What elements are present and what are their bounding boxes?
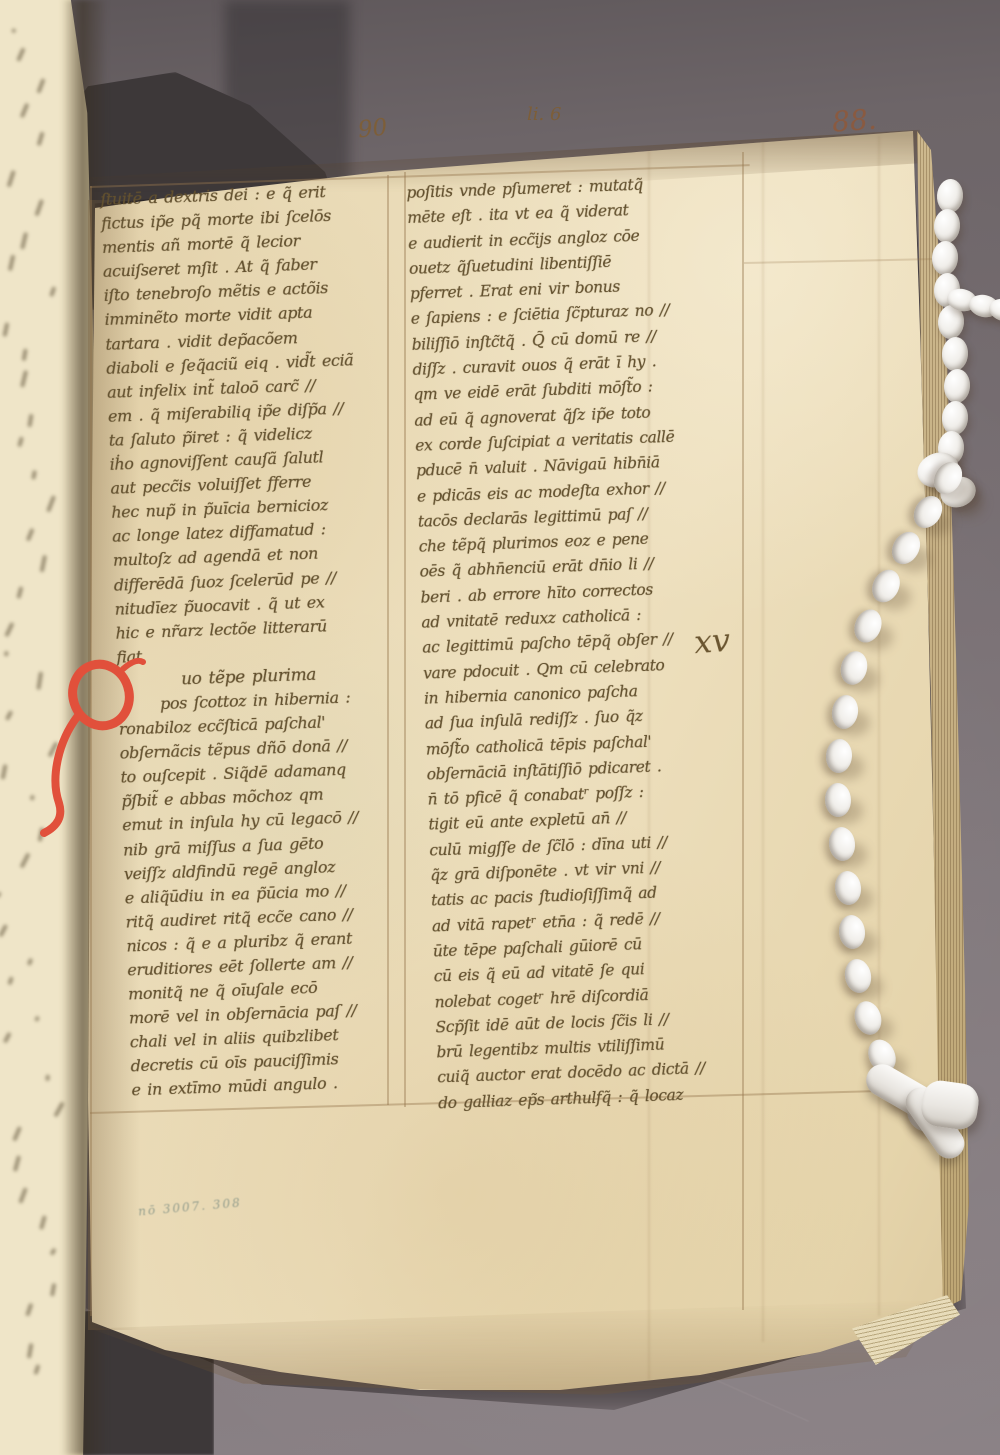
cord-bead bbox=[933, 208, 961, 244]
manuscript-photo-scene: 90 li. 6 88. ſtuitē a dextris dei : e q̃… bbox=[0, 0, 1000, 1455]
cord-bead bbox=[931, 240, 959, 276]
cord-bead bbox=[941, 336, 969, 372]
cord-bead bbox=[943, 368, 971, 404]
book-weight-cord bbox=[0, 0, 1000, 1455]
cord-bead bbox=[941, 400, 969, 436]
